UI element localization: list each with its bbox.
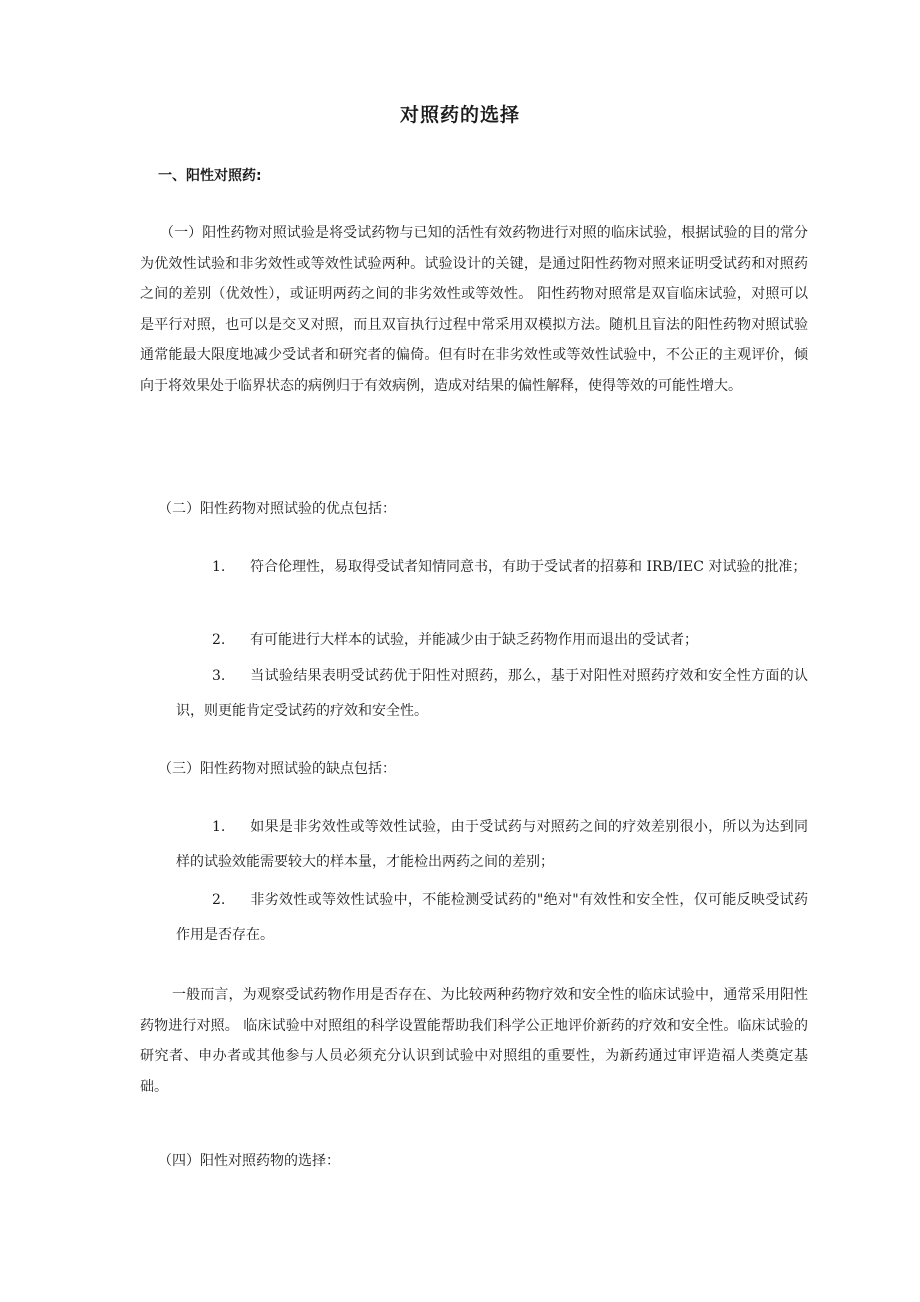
list-text: 符合伦理性，易取得受试者知情同意书，有助于受试者的招募和 IRB/IEC 对试验… xyxy=(250,559,806,575)
document-title: 对照药的选择 xyxy=(0,100,920,127)
advantages-heading: （二）阳性药物对照试验的优点包括： xyxy=(158,498,396,518)
list-number: 2. xyxy=(212,883,250,918)
list-text: 有可能进行大样本的试验，并能减少由于缺乏药物作用而退出的受试者； xyxy=(250,632,698,648)
disadvantage-item-1: 1.如果是非劣效性或等效性试验，由于受试药与对照药之间的疗效差别很小，所以为达到… xyxy=(176,810,808,880)
paragraph-summary: 一般而言，为观察受试药物作用是否存在、为比较两种药物疗效和安全性的临床试验中，通… xyxy=(140,980,808,1102)
disadvantage-item-2: 2.非劣效性或等效性试验中，不能检测受试药的"绝对"有效性和安全性，仅可能反映受… xyxy=(176,883,808,953)
selection-heading: （四）阳性对照药物的选择： xyxy=(158,1150,340,1170)
paragraph-positive-control-intro: （一）阳性药物对照试验是将受试药物与已知的活性有效药物进行对照的临床试验，根据试… xyxy=(140,218,808,401)
list-text: 如果是非劣效性或等效性试验，由于受试药与对照药之间的疗效差别很小，所以为达到同样… xyxy=(176,819,808,870)
advantage-item-3: 3.当试验结果表明受试药优于阳性对照药，那么，基于对阳性对照药疗效和安全性方面的… xyxy=(176,659,808,729)
list-number: 2. xyxy=(212,623,250,658)
advantage-item-1: 1.符合伦理性，易取得受试者知情同意书，有助于受试者的招募和 IRB/IEC 对… xyxy=(176,550,808,585)
list-text: 非劣效性或等效性试验中，不能检测受试药的"绝对"有效性和安全性，仅可能反映受试药… xyxy=(176,892,808,943)
document-page: 对照药的选择 一、阳性对照药: （一）阳性药物对照试验是将受试药物与已知的活性有… xyxy=(0,0,920,1302)
advantage-item-2: 2.有可能进行大样本的试验，并能减少由于缺乏药物作用而退出的受试者； xyxy=(176,623,808,658)
disadvantages-heading: （三）阳性药物对照试验的缺点包括： xyxy=(158,758,396,778)
list-number: 1. xyxy=(212,810,250,845)
list-number: 1. xyxy=(212,550,250,585)
section-heading-positive-control: 一、阳性对照药: xyxy=(158,165,262,185)
list-text: 当试验结果表明受试药优于阳性对照药，那么，基于对阳性对照药疗效和安全性方面的认识… xyxy=(176,668,808,719)
list-number: 3. xyxy=(212,659,250,694)
